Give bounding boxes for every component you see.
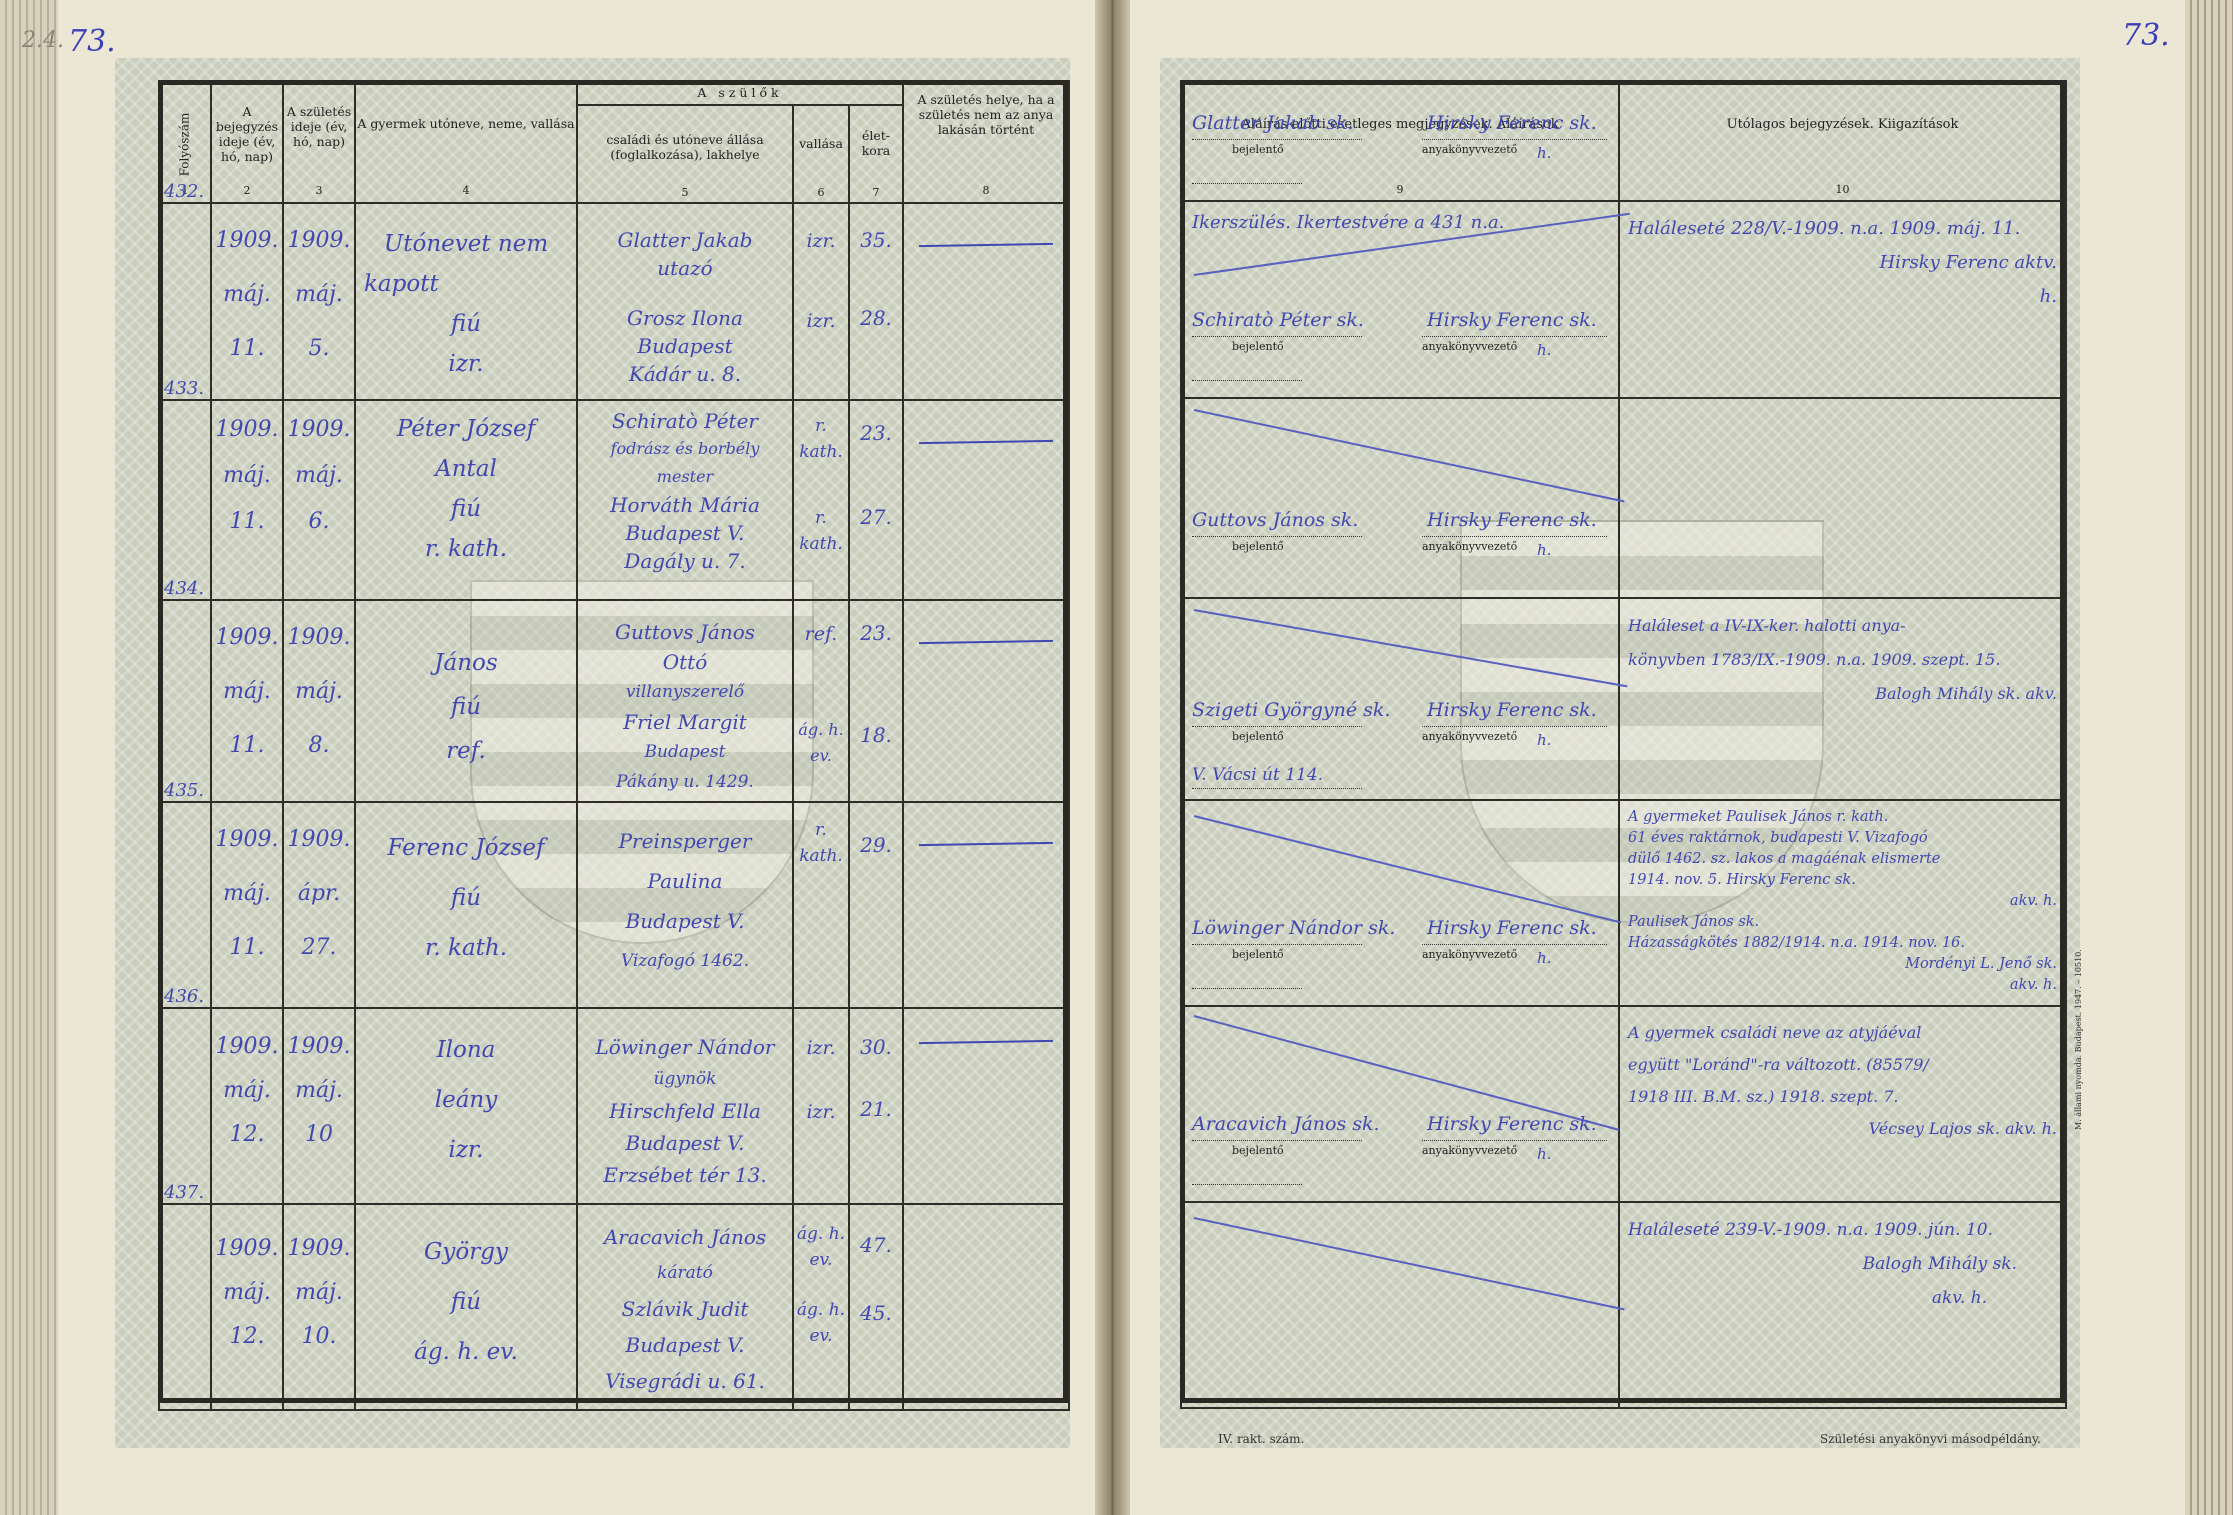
empty-birthplace-dash [919,243,1053,247]
table-row: Aracavich János sk. Hirsky Ferenc sk. be… [1181,1202,2066,1408]
register-type-label: Születési anyakönyvi másodpéldány. [1820,1432,2041,1446]
signatures-table: Aláírás előtti esetleges megjegyzések. A… [1180,80,2067,1409]
page-edges-left [0,0,58,1515]
folio-left: 73. [68,24,116,59]
register-book: 2.4. 73. 73. Folyószám1 A bejegyzés idej… [0,0,2233,1515]
empty-birthplace-dash [919,1040,1053,1044]
header-later-entries: Utólagos bejegyzések. Kiigazítások10 [1619,81,2066,201]
table-row: 437. 1909.máj.12. 1909.máj.10. Györgyfiú… [159,1204,1069,1410]
table-row: Schiratò Péter sk. Hirsky Ferenc sk. bej… [1181,398,2066,598]
storage-number-label: IV. rakt. szám. [1218,1432,1304,1446]
table-row: Szigeti Györgyné sk. Hirsky Ferenc sk. b… [1181,800,2066,1006]
table-row: 433. 1909.máj.11. 1909.máj.6. Péter Józs… [159,400,1069,600]
empty-birthplace-dash [919,640,1053,644]
table-row: 432. 1909.máj.11. 1909.máj.5. Utónevet n… [159,203,1069,400]
header-registration-date: A bejegyzés ideje (év, hó, nap)2 [211,81,283,203]
empty-birthplace-dash [919,440,1053,444]
header-parent-name: családi és utóneve állása (foglalkozása)… [577,105,793,203]
table-row: 436. 1909.máj.12. 1909.máj.10 Ilonaleány… [159,1008,1069,1204]
table-row: 435. 1909.máj.11. 1909.ápr.27. Ferenc Jó… [159,802,1069,1008]
header-birth-date: A születés ideje (év, hó, nap)3 [283,81,355,203]
header-religion: vallása6 [793,105,849,203]
table-row: 434. 1909.máj.11. 1909.máj.8. Jánosfiúre… [159,600,1069,802]
empty-birthplace-dash [919,842,1053,846]
header-age: élet-kora7 [849,105,903,203]
header-parents: A szülők [577,81,903,105]
folio-right: 73. [2122,18,2170,53]
book-gutter [1095,0,1130,1515]
folio-pencil: 2.4. [22,28,64,53]
printer-mark: M. állami nyomda. Budapest. 1947. – 1051… [2074,949,2083,1130]
page-edges-right [2185,0,2233,1515]
table-row: Löwinger Nándor sk. Hirsky Ferenc sk. be… [1181,1006,2066,1202]
header-child: A gyermek utóneve, neme, vallása4 [355,81,577,203]
table-row: Ikerszülés. Ikertestvére a 431 n.a. Glat… [1181,201,2066,398]
header-birthplace: A születés helye, ha a születés nem az a… [903,81,1069,203]
birth-register-table: Folyószám1 A bejegyzés ideje (év, hó, na… [158,80,1070,1411]
